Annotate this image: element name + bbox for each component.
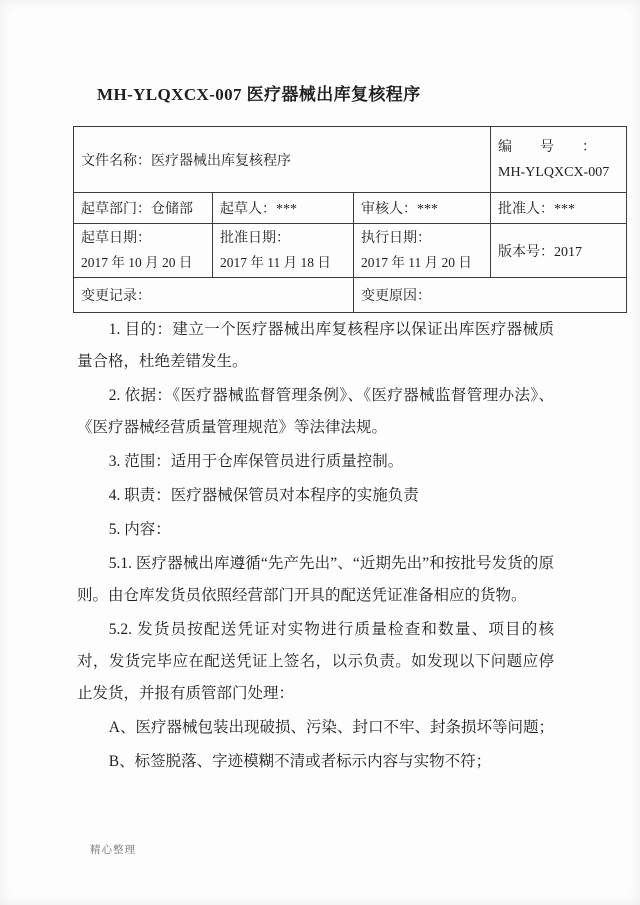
document-title: MH-YLQXCX-007 医疗器械出库复核程序 (97, 80, 421, 105)
paragraph-responsibility: 4. 职责：医疗器械保管员对本程序的实施负责 (77, 480, 554, 512)
cell-doc-number: 编 号 ： MH-YLQXCX-007 (491, 127, 627, 193)
paragraph-basis: 2. 依据：《医疗器械监督管理条例》、《医疗器械监督管理办法》、《医疗器械经营质… (77, 380, 554, 444)
cell-file-name: 文件名称：医疗器械出库复核程序 (74, 127, 491, 193)
paragraph-content-head: 5. 内容： (77, 514, 554, 546)
reviewer-text: 审核人：*** (361, 202, 438, 217)
list-item-b: B、标签脱落、字迹模糊不清或者标示内容与实物不符； (77, 746, 554, 778)
change-record-text: 变更记录： (81, 289, 151, 304)
paragraph-scope: 3. 范围：适用于仓库保管员进行质量控制。 (77, 446, 554, 478)
table-row-filename: 文件名称：医疗器械出库复核程序 编 号 ： MH-YLQXCX-007 (74, 127, 627, 193)
table-row-dates: 起草日期： 2017 年 10 月 20 日 批准日期： 2017 年 11 月… (74, 224, 627, 278)
cell-version: 版本号：2017 (491, 224, 627, 278)
cell-approver: 批准人：*** (491, 193, 627, 224)
drafter-text: 起草人：*** (220, 202, 297, 217)
list-item-a: A、医疗器械包装出现破损、污染、封口不牢、封条损坏等问题； (77, 712, 554, 744)
change-reason-text: 变更原因： (361, 289, 431, 304)
approval-date-label: 批准日期： (220, 227, 346, 251)
version-text: 版本号：2017 (498, 245, 582, 260)
cell-change-record: 变更记录： (74, 278, 354, 313)
cell-reviewer: 审核人：*** (354, 193, 491, 224)
doc-number-label: 编 号 ： (498, 135, 619, 160)
footer-note: 精心整理 (90, 842, 136, 857)
paragraph-5-1: 5.1. 医疗器械出库遵循“先产先出”、“近期先出”和按批号发货的原则。由仓库发… (77, 548, 554, 612)
cell-drafting-dept: 起草部门：仓储部 (74, 193, 213, 224)
cell-approval-date: 批准日期： 2017 年 11 月 18 日 (213, 224, 354, 278)
cell-draft-date: 起草日期： 2017 年 10 月 20 日 (74, 224, 213, 278)
cell-change-reason: 变更原因： (354, 278, 627, 313)
execution-date-value: 2017 年 11 月 20 日 (361, 251, 483, 275)
drafting-dept-text: 起草部门：仓储部 (81, 202, 193, 217)
document-body: 1. 目的：建立一个医疗器械出库复核程序以保证出库医疗器械质量合格，杜绝差错发生… (77, 314, 554, 780)
table-row-change: 变更记录： 变更原因： (74, 278, 627, 313)
cell-drafter: 起草人：*** (213, 193, 354, 224)
paragraph-5-2: 5.2. 发货员按配送凭证对实物进行质量检查和数量、项目的核对，发货完毕应在配送… (77, 614, 554, 710)
table-row-people: 起草部门：仓储部 起草人：*** 审核人：*** 批准人：*** (74, 193, 627, 224)
approver-text: 批准人：*** (498, 202, 575, 217)
paragraph-purpose: 1. 目的：建立一个医疗器械出库复核程序以保证出库医疗器械质量合格，杜绝差错发生… (77, 314, 554, 378)
doc-number-value: MH-YLQXCX-007 (498, 160, 619, 185)
approval-date-value: 2017 年 11 月 18 日 (220, 251, 346, 275)
draft-date-value: 2017 年 10 月 20 日 (81, 251, 205, 275)
file-name-text: 文件名称：医疗器械出库复核程序 (81, 154, 291, 169)
document-info-table: 文件名称：医疗器械出库复核程序 编 号 ： MH-YLQXCX-007 起草部门… (73, 126, 627, 313)
draft-date-label: 起草日期： (81, 227, 205, 251)
document-page: MH-YLQXCX-007 医疗器械出库复核程序 文件名称：医疗器械出库复核程序… (0, 0, 640, 905)
execution-date-label: 执行日期： (361, 227, 483, 251)
cell-execution-date: 执行日期： 2017 年 11 月 20 日 (354, 224, 491, 278)
